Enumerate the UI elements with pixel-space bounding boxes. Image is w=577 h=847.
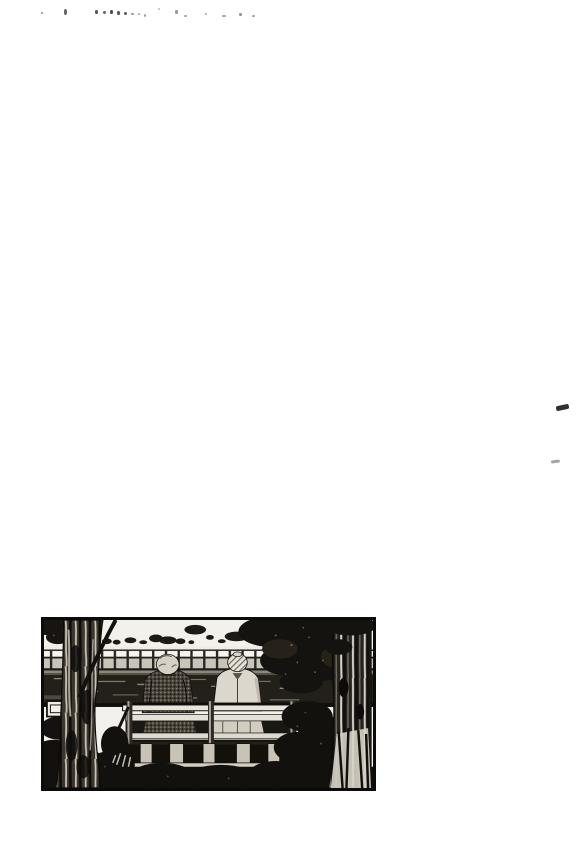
ink-speck (95, 10, 98, 14)
ink-speck (103, 11, 106, 14)
left-figure-lap (143, 720, 196, 734)
ink-speck (175, 10, 178, 14)
manga-panel (41, 617, 376, 791)
ink-speck (239, 13, 242, 16)
ink-speck (124, 12, 127, 15)
left-figure-hair (156, 654, 179, 674)
ink-speck (41, 12, 43, 14)
ink-speck (110, 10, 113, 14)
ink-speck (222, 15, 226, 17)
ink-speck (158, 8, 160, 10)
ink-speck (252, 15, 255, 17)
ink-speck (117, 11, 120, 15)
panel-illustration (44, 620, 373, 788)
ink-speck (184, 15, 187, 17)
ink-speck (138, 13, 140, 15)
ink-speck (64, 9, 67, 15)
ink-speck (144, 14, 146, 17)
ink-speck (131, 13, 134, 15)
ink-dash (551, 459, 560, 463)
ink-dash (556, 404, 570, 412)
ink-speck (205, 13, 207, 15)
scanned-page (0, 0, 577, 847)
